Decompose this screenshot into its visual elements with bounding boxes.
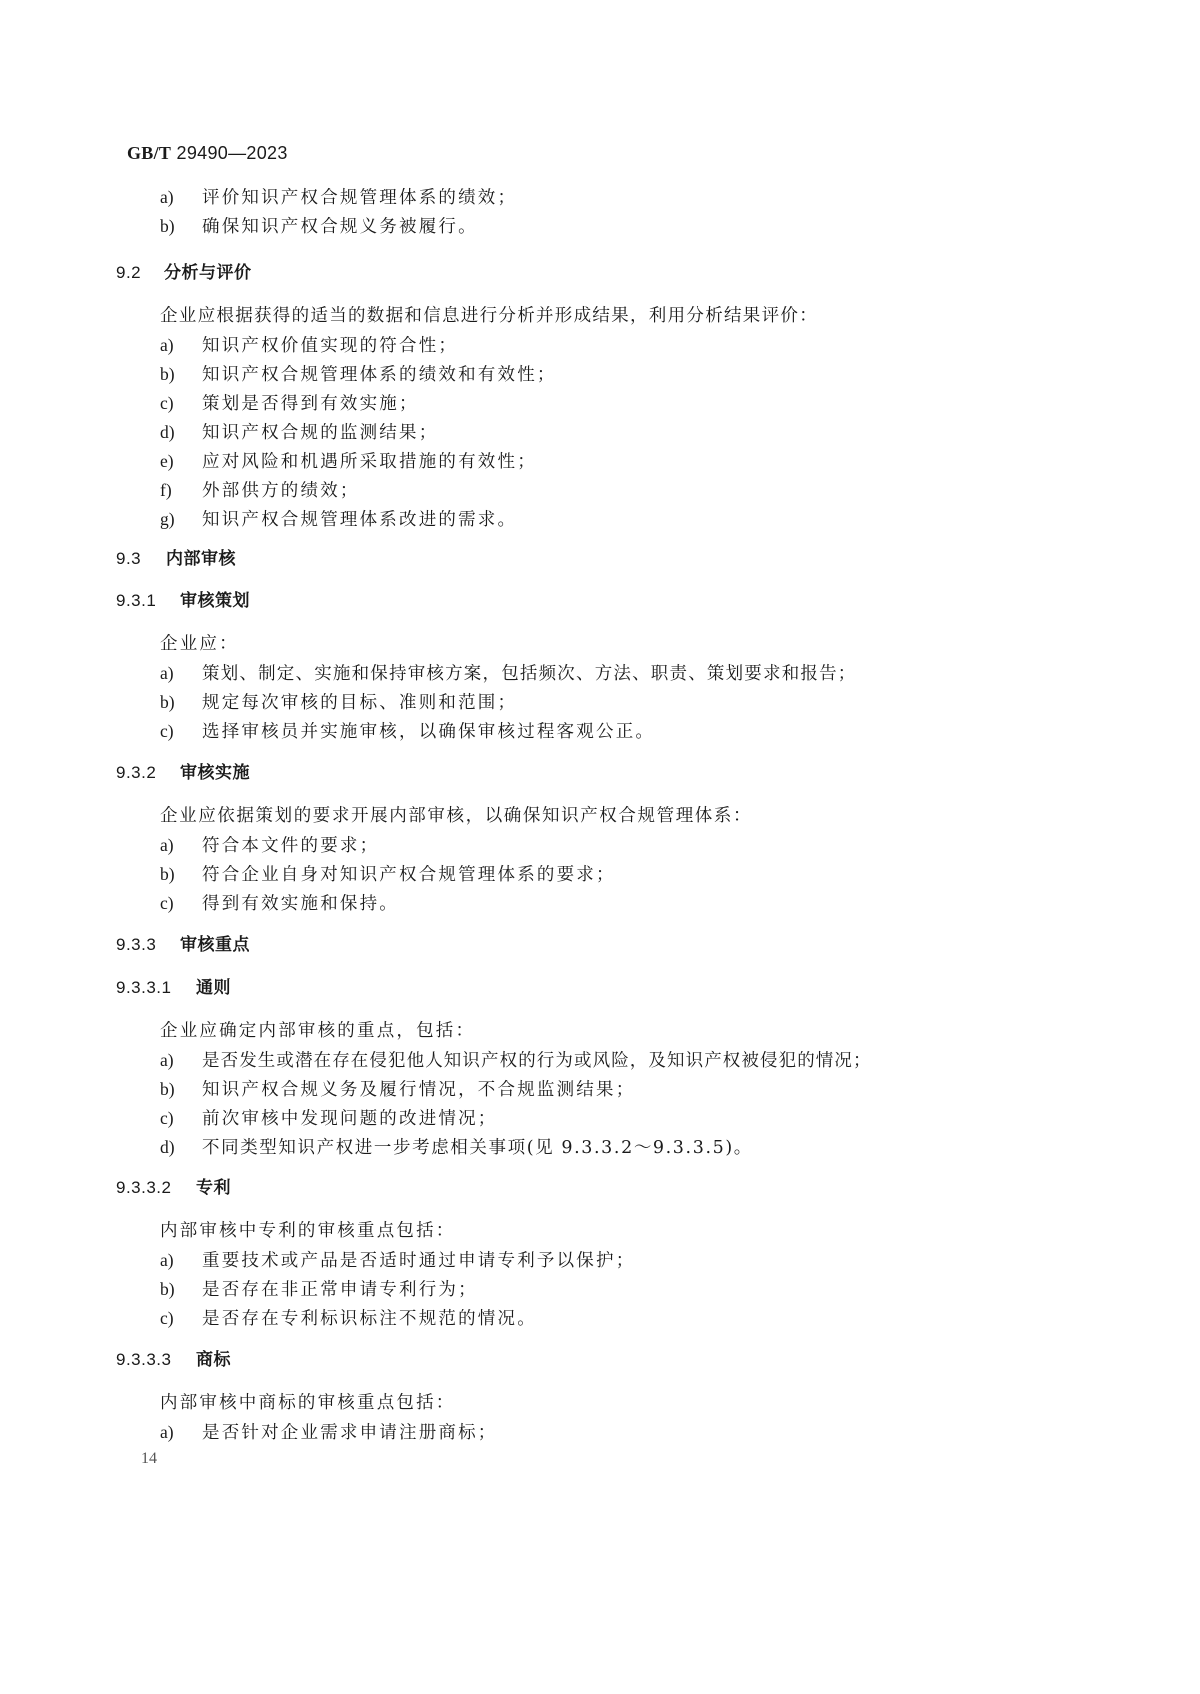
list-item-text: 应对风险和机遇所采取措施的有效性； [202, 452, 537, 472]
section-heading-9-2: 9.2分析与评价 [116, 262, 252, 284]
section-heading-9-3-3-2: 9.3.3.2专利 [116, 1177, 231, 1199]
section-heading-9-3-3-1: 9.3.3.1通则 [116, 977, 231, 999]
list-item-text: 是否存在非正常申请专利行为； [202, 1280, 478, 1300]
section-title: 审核策划 [180, 591, 250, 611]
list-item: c)前次审核中发现问题的改进情况； [160, 1107, 498, 1130]
list-marker: a) [160, 334, 202, 356]
list-item-text: 知识产权合规管理体系的绩效和有效性； [202, 365, 557, 385]
list-item: a)是否针对企业需求申请注册商标； [160, 1421, 498, 1444]
list-marker: c) [160, 1307, 202, 1329]
list-item-text: 不同类型知识产权进一步考虑相关事项(见 9.3.3.2～9.3.3.5)。 [202, 1138, 753, 1158]
list-marker: b) [160, 1278, 202, 1300]
list-item: c)策划是否得到有效实施； [160, 392, 419, 415]
list-item-text: 策划、制定、实施和保持审核方案，包括频次、方法、职责、策划要求和报告； [202, 664, 857, 684]
list-item-text: 策划是否得到有效实施； [202, 394, 419, 414]
section-heading-9-3-1: 9.3.1审核策划 [116, 590, 250, 612]
list-marker: a) [160, 1421, 202, 1443]
list-item: g)知识产权合规管理体系改进的需求。 [160, 508, 517, 531]
section-title: 内部审核 [166, 549, 236, 569]
section-title: 专利 [196, 1178, 231, 1198]
list-item: a)是否发生或潜在存在侵犯他人知识产权的行为或风险，及知识产权被侵犯的情况； [160, 1049, 872, 1072]
section-number: 9.3.2 [116, 762, 180, 784]
list-item: a)策划、制定、实施和保持审核方案，包括频次、方法、职责、策划要求和报告； [160, 662, 857, 685]
list-item: b)确保知识产权合规义务被履行。 [160, 215, 478, 238]
section-number: 9.3.3.3 [116, 1349, 196, 1371]
list-item: b)是否存在非正常申请专利行为； [160, 1278, 478, 1301]
section-heading-9-3-3: 9.3.3审核重点 [116, 934, 250, 956]
section-title: 分析与评价 [164, 263, 252, 283]
section-number: 9.3.3 [116, 934, 180, 956]
list-item: f)外部供方的绩效； [160, 479, 360, 502]
list-marker: c) [160, 892, 202, 914]
section-heading-9-3: 9.3内部审核 [116, 548, 236, 570]
list-item: d)知识产权合规的监测结果； [160, 421, 438, 444]
section-title: 审核重点 [180, 935, 250, 955]
list-item-text: 外部供方的绩效； [202, 481, 360, 501]
list-marker: b) [160, 363, 202, 385]
list-marker: a) [160, 1049, 202, 1071]
list-item-text: 选择审核员并实施审核，以确保审核过程客观公正。 [202, 722, 655, 742]
list-item: e)应对风险和机遇所采取措施的有效性； [160, 450, 537, 473]
section-heading-9-3-2: 9.3.2审核实施 [116, 762, 250, 784]
section-title: 审核实施 [180, 763, 250, 783]
list-item: d)不同类型知识产权进一步考虑相关事项(见 9.3.3.2～9.3.3.5)。 [160, 1136, 753, 1159]
list-item-text: 重要技术或产品是否适时通过申请专利予以保护； [202, 1251, 635, 1271]
document-page: GB/T 29490—2023 a)评价知识产权合规管理体系的绩效； b)确保知… [0, 0, 1200, 1694]
paragraph-intro: 内部审核中商标的审核重点包括： [160, 1392, 456, 1414]
list-item-text: 评价知识产权合规管理体系的绩效； [202, 188, 517, 208]
list-marker: c) [160, 720, 202, 742]
paragraph-intro: 企业应： [160, 633, 239, 655]
list-item: b)符合企业自身对知识产权合规管理体系的要求； [160, 863, 616, 886]
paragraph-intro: 企业应依据策划的要求开展内部审核，以确保知识产权合规管理体系： [160, 805, 752, 827]
paragraph-intro: 企业应确定内部审核的重点，包括： [160, 1020, 475, 1042]
list-item: a)重要技术或产品是否适时通过申请专利予以保护； [160, 1249, 635, 1272]
list-item-text: 符合本文件的要求； [202, 836, 379, 856]
list-item-text: 知识产权合规的监测结果； [202, 423, 438, 443]
list-item-text: 前次审核中发现问题的改进情况； [202, 1109, 498, 1129]
list-item-text: 符合企业自身对知识产权合规管理体系的要求； [202, 865, 616, 885]
list-marker: b) [160, 215, 202, 237]
section-number: 9.3.1 [116, 590, 180, 612]
standard-prefix: GB/T [127, 143, 171, 163]
paragraph-intro: 内部审核中专利的审核重点包括： [160, 1220, 456, 1242]
list-marker: g) [160, 508, 202, 530]
list-marker: a) [160, 834, 202, 856]
list-marker: e) [160, 450, 202, 472]
list-item: a)知识产权价值实现的符合性； [160, 334, 458, 357]
list-item: a)评价知识产权合规管理体系的绩效； [160, 186, 517, 209]
section-title: 商标 [196, 1350, 231, 1370]
list-item: a)符合本文件的要求； [160, 834, 379, 857]
list-marker: b) [160, 863, 202, 885]
section-number: 9.2 [116, 262, 164, 284]
list-item: c)得到有效实施和保持。 [160, 892, 399, 915]
standard-number: 29490—2023 [177, 143, 288, 163]
page-number: 14 [141, 1450, 157, 1468]
list-item-text: 知识产权合规管理体系改进的需求。 [202, 510, 517, 530]
list-item-text: 得到有效实施和保持。 [202, 894, 399, 914]
list-marker: b) [160, 1078, 202, 1100]
list-item: b)知识产权合规义务及履行情况，不合规监测结果； [160, 1078, 635, 1101]
list-item: c)选择审核员并实施审核，以确保审核过程客观公正。 [160, 720, 655, 743]
list-item-text: 是否存在专利标识标注不规范的情况。 [202, 1309, 537, 1329]
list-marker: c) [160, 392, 202, 414]
list-item-text: 知识产权价值实现的符合性； [202, 336, 458, 356]
standard-header: GB/T 29490—2023 [127, 143, 288, 164]
section-title: 通则 [196, 978, 231, 998]
list-item-text: 确保知识产权合规义务被履行。 [202, 217, 478, 237]
list-marker: a) [160, 662, 202, 684]
list-marker: d) [160, 1136, 202, 1158]
list-marker: b) [160, 691, 202, 713]
list-marker: a) [160, 186, 202, 208]
list-item: b)规定每次审核的目标、准则和范围； [160, 691, 517, 714]
list-marker: d) [160, 421, 202, 443]
list-item-text: 知识产权合规义务及履行情况，不合规监测结果； [202, 1080, 635, 1100]
list-item-text: 规定每次审核的目标、准则和范围； [202, 693, 517, 713]
paragraph-intro: 企业应根据获得的适当的数据和信息进行分析并形成结果，利用分析结果评价： [160, 305, 818, 327]
list-item: c)是否存在专利标识标注不规范的情况。 [160, 1307, 537, 1330]
section-number: 9.3.3.1 [116, 977, 196, 999]
section-number: 9.3.3.2 [116, 1177, 196, 1199]
list-marker: a) [160, 1249, 202, 1271]
list-item: b)知识产权合规管理体系的绩效和有效性； [160, 363, 557, 386]
list-marker: c) [160, 1107, 202, 1129]
list-item-text: 是否发生或潜在存在侵犯他人知识产权的行为或风险，及知识产权被侵犯的情况； [202, 1051, 872, 1071]
section-number: 9.3 [116, 548, 166, 570]
section-heading-9-3-3-3: 9.3.3.3商标 [116, 1349, 231, 1371]
list-item-text: 是否针对企业需求申请注册商标； [202, 1423, 498, 1443]
list-marker: f) [160, 479, 202, 501]
